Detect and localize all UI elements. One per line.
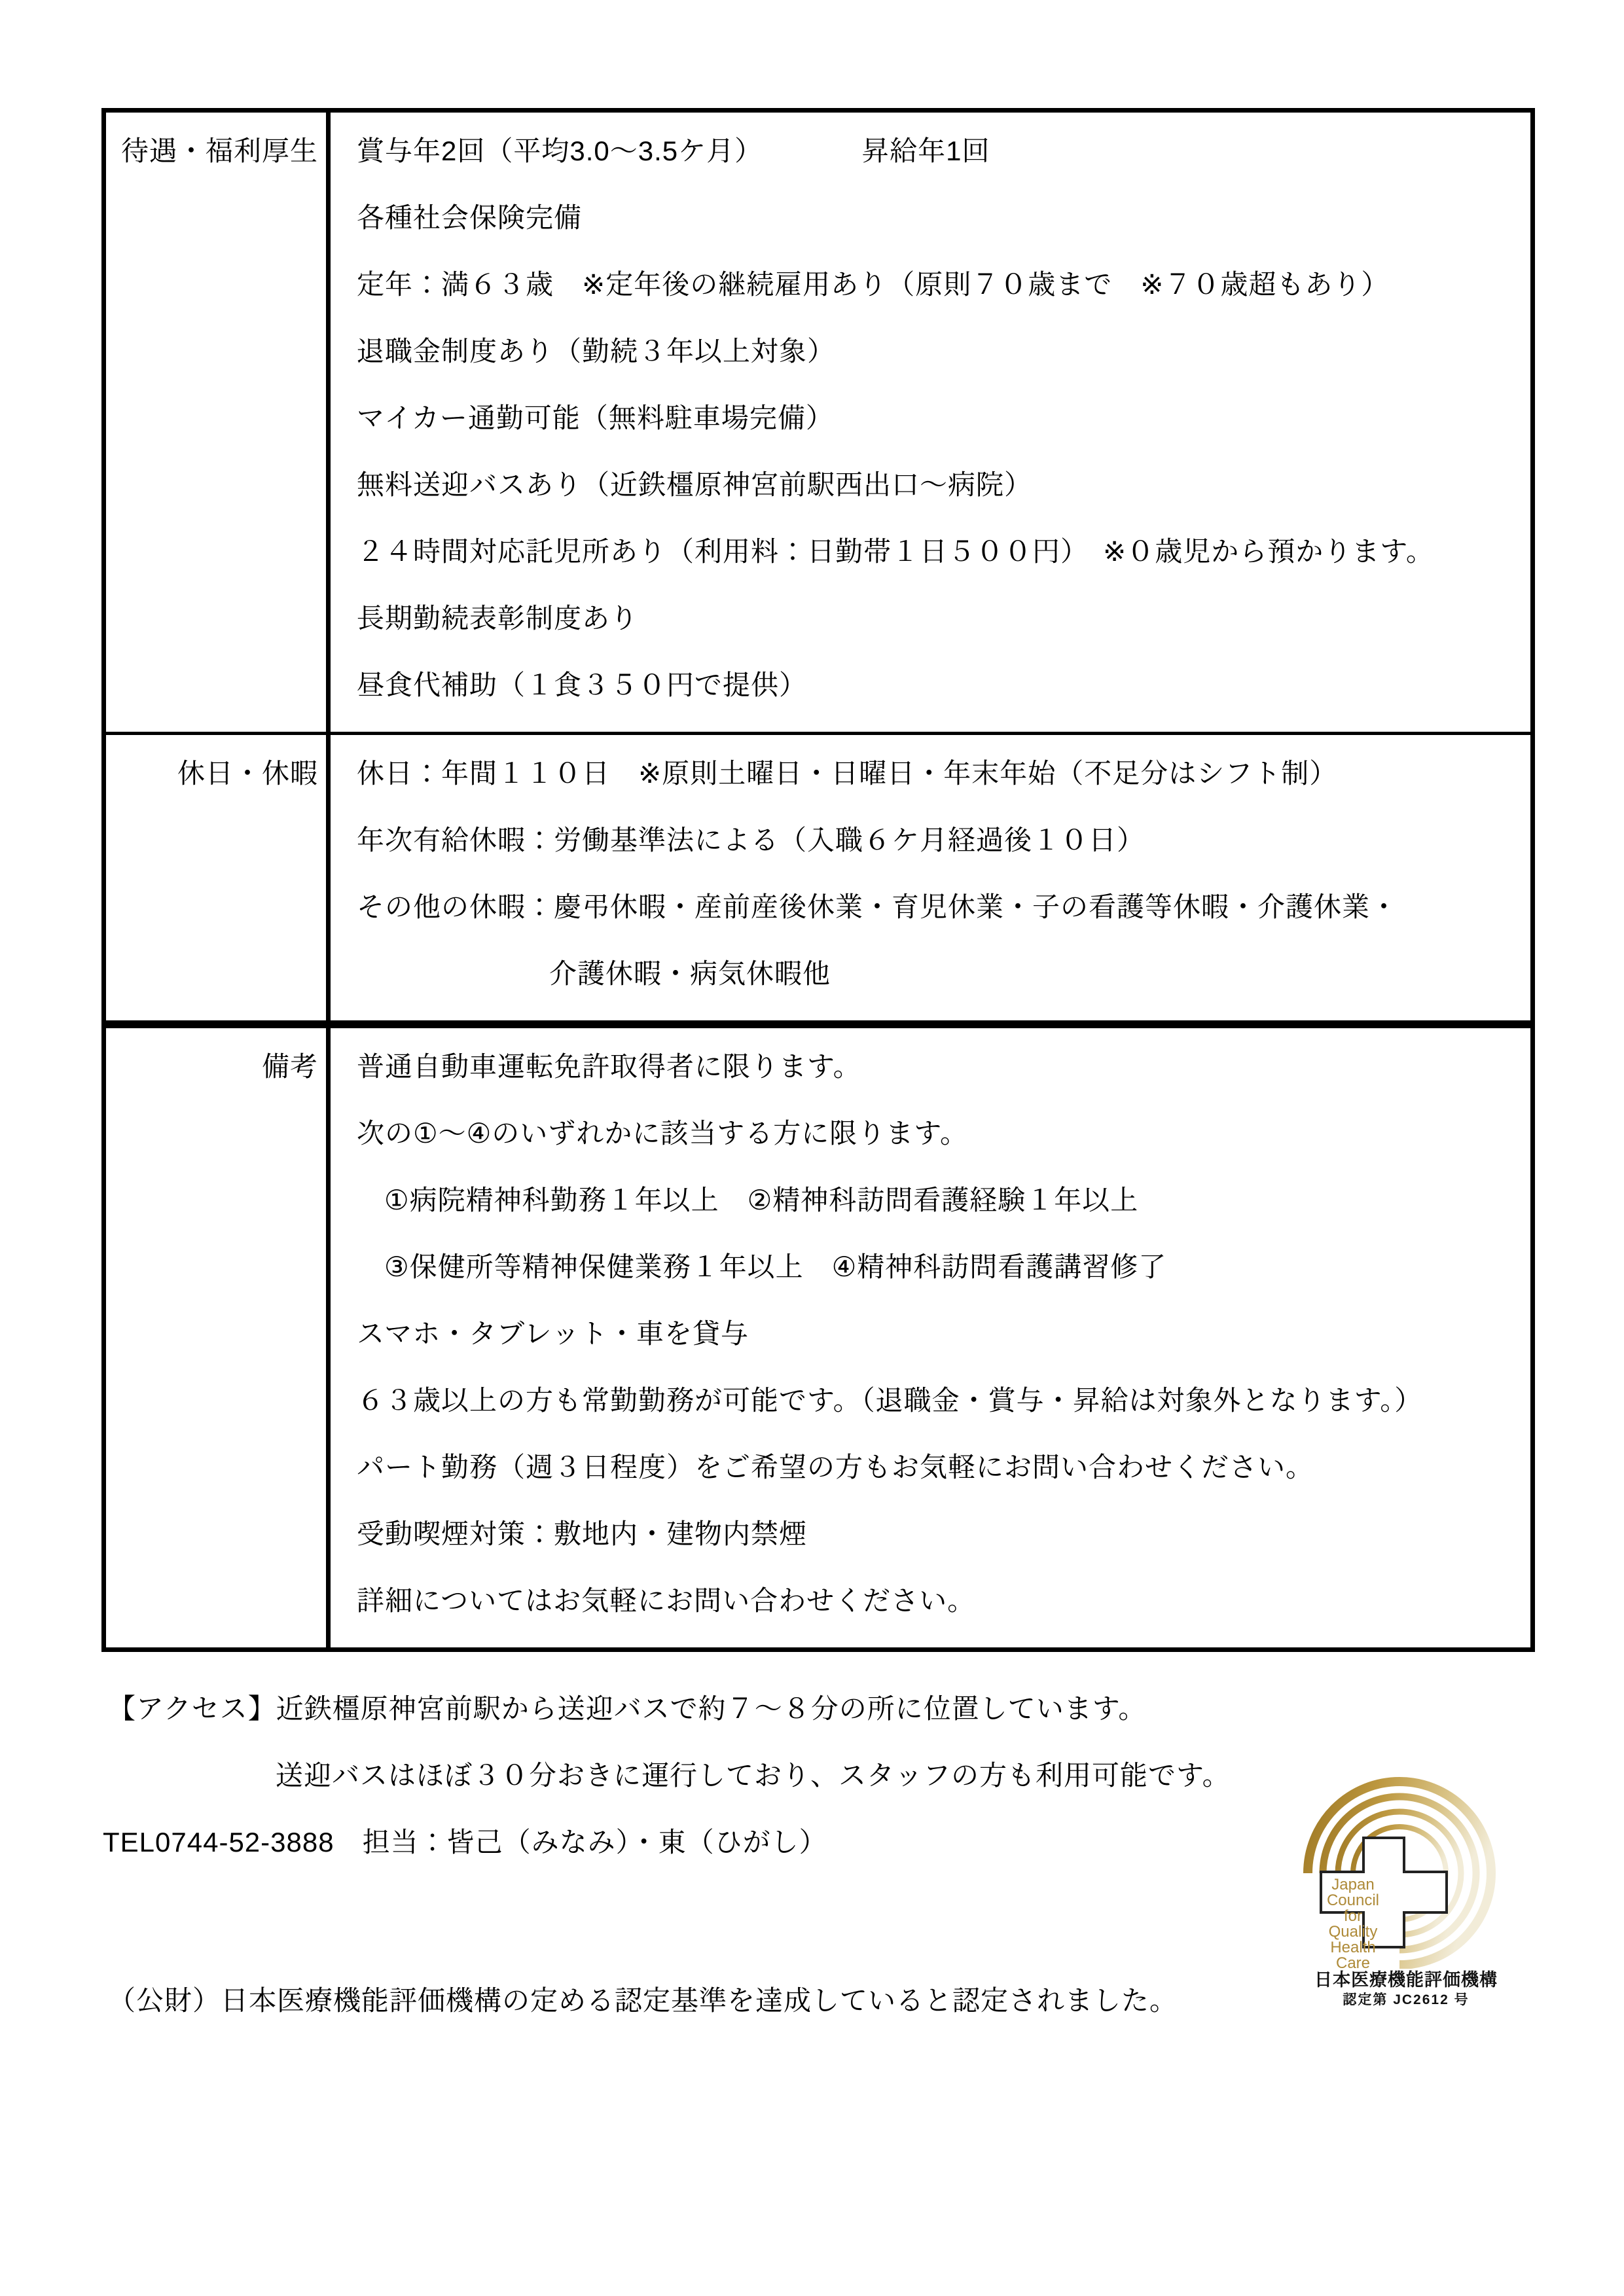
table-row-holidays: 休日・休暇 休日：年間１１０日 ※原則土曜日・日曜日・年末年始（不足分はシフト制… bbox=[106, 732, 1530, 1020]
table-line: 受動喫煙対策：敷地内・建物内禁煙 bbox=[357, 1501, 1517, 1568]
table-line: 無料送迎バスあり（近鉄橿原神宮前駅西出口～病院） bbox=[357, 452, 1517, 518]
table-line: パート勤務（週３日程度）をご希望の方もお気軽にお問い合わせください。 bbox=[357, 1434, 1517, 1501]
certification-statement: （公財）日本医療機能評価機構の定める認定基準を達成していると認定されました。 bbox=[108, 1967, 1299, 2034]
logo-caption-cert-number: 認定第 JC2612 号 bbox=[1291, 1992, 1521, 2009]
table-line: 普通自動車運転免許取得者に限ります。 bbox=[357, 1033, 1517, 1100]
table-line: 定年：満６３歳 ※定年後の継続雇用あり（原則７０歳まで ※７０歳超もあり） bbox=[357, 251, 1517, 318]
table-line: 各種社会保険完備 bbox=[357, 185, 1517, 251]
row-content-benefits: 賞与年2回（平均3.0～3.5ケ月） 昇給年1回 各種社会保険完備 定年：満６３… bbox=[331, 113, 1530, 732]
jcqhc-logo-mark: Japan Council for Quality Health Care bbox=[1291, 1775, 1521, 1969]
table-line: ③保健所等精神保健業務１年以上 ④精神科訪問看護講習修了 bbox=[357, 1234, 1517, 1300]
row-label-remarks: 備考 bbox=[106, 1028, 331, 1647]
jcqhc-certification-logo: Japan Council for Quality Health Care 日本… bbox=[1291, 1775, 1521, 2009]
table-line: ①病院精神科勤務１年以上 ②精神科訪問看護経験１年以上 bbox=[357, 1167, 1517, 1234]
table-line: ２４時間対応託児所あり（利用料：日勤帯１日５００円） ※０歳児から預かります。 bbox=[357, 518, 1517, 585]
table-line: 次の①～④のいずれかに該当する方に限ります。 bbox=[357, 1100, 1517, 1167]
table-line: 詳細についてはお気軽にお問い合わせください。 bbox=[357, 1568, 1517, 1634]
row-content-holidays: 休日：年間１１０日 ※原則土曜日・日曜日・年末年始（不足分はシフト制） 年次有給… bbox=[331, 735, 1530, 1020]
document-page: 待遇・福利厚生 賞与年2回（平均3.0～3.5ケ月） 昇給年1回 各種社会保険完… bbox=[0, 0, 1624, 2296]
job-conditions-table: 待遇・福利厚生 賞与年2回（平均3.0～3.5ケ月） 昇給年1回 各種社会保険完… bbox=[101, 108, 1535, 1652]
row-label-benefits: 待遇・福利厚生 bbox=[106, 113, 331, 732]
table-line: 休日：年間１１０日 ※原則土曜日・日曜日・年末年始（不足分はシフト制） bbox=[357, 740, 1517, 807]
table-line: 年次有給休暇：労働基準法による（入職６ケ月経過後１０日） bbox=[357, 807, 1517, 874]
tel-contact-line: TEL0744-52-3888 担当：皆己（みなみ）・東（ひがし） bbox=[103, 1809, 1299, 1876]
logo-word: Care bbox=[1336, 1954, 1370, 1969]
table-line: ６３歳以上の方も常勤勤務が可能です。（退職金・賞与・昇給は対象外となります。） bbox=[357, 1367, 1517, 1434]
logo-caption-organization: 日本医療機能評価機構 bbox=[1291, 1970, 1521, 1990]
logo-word: Japan bbox=[1331, 1876, 1374, 1893]
table-line: マイカー通勤可能（無料駐車場完備） bbox=[357, 385, 1517, 452]
table-line-continuation: 介護休暇・病気休暇他 bbox=[357, 941, 1517, 1007]
table-line: 退職金制度あり（勤続３年以上対象） bbox=[357, 318, 1517, 385]
table-row-benefits: 待遇・福利厚生 賞与年2回（平均3.0～3.5ケ月） 昇給年1回 各種社会保険完… bbox=[106, 113, 1530, 732]
table-row-remarks: 備考 普通自動車運転免許取得者に限ります。 次の①～④のいずれかに該当する方に限… bbox=[106, 1020, 1530, 1647]
access-line-1: 【アクセス】近鉄橿原神宮前駅から送迎バスで約７～８分の所に位置しています。 bbox=[108, 1676, 1299, 1742]
logo-word: for bbox=[1344, 1907, 1362, 1925]
row-label-holidays: 休日・休暇 bbox=[106, 735, 331, 1020]
table-line: 長期勤続表彰制度あり bbox=[357, 585, 1517, 652]
table-line: スマホ・タブレット・車を貸与 bbox=[357, 1300, 1517, 1367]
table-line: 賞与年2回（平均3.0～3.5ケ月） 昇給年1回 bbox=[357, 118, 1517, 185]
table-line: 昼食代補助（１食３５０円で提供） bbox=[357, 652, 1517, 719]
logo-word: Health bbox=[1330, 1939, 1375, 1956]
access-line-2: 送迎バスはほぼ３０分おきに運行しており、スタッフの方も利用可能です。 bbox=[108, 1742, 1299, 1809]
footer-text-block: 【アクセス】近鉄橿原神宮前駅から送迎バスで約７～８分の所に位置しています。 送迎… bbox=[108, 1676, 1299, 2034]
row-content-remarks: 普通自動車運転免許取得者に限ります。 次の①～④のいずれかに該当する方に限ります… bbox=[331, 1028, 1530, 1647]
logo-word: Council bbox=[1327, 1892, 1379, 1909]
table-line: その他の休暇：慶弔休暇・産前産後休業・育児休業・子の看護等休暇・介護休業・ bbox=[357, 874, 1517, 941]
logo-word: Quality bbox=[1329, 1923, 1378, 1941]
